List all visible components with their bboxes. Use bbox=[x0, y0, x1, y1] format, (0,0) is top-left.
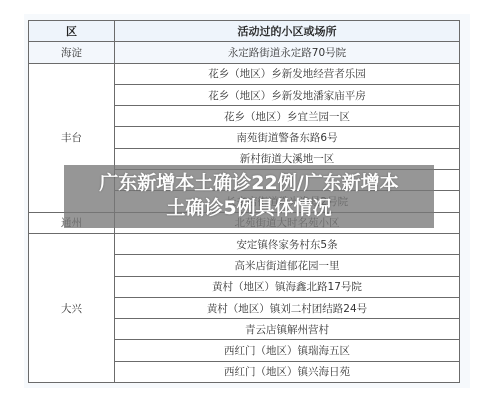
district-cell: 大兴 bbox=[29, 233, 115, 382]
place-cell: 高米店街道郁花园一里 bbox=[115, 255, 460, 276]
place-cell: 西红门（地区）镇兴海日苑 bbox=[115, 361, 460, 382]
place-cell: 花乡（地区）乡新发地经营者乐园 bbox=[115, 63, 460, 84]
place-cell: 南苑街道警备东路6号 bbox=[115, 127, 460, 148]
place-cell: 安定镇佟家务村东5条 bbox=[115, 233, 460, 254]
headline-line-1: 广东新增本土确诊22例/广东新增本 bbox=[64, 171, 434, 196]
table-row: 丰台 花乡（地区）乡新发地经营者乐园 bbox=[29, 63, 460, 84]
district-cell: 海淀 bbox=[29, 42, 115, 63]
table-header-row: 区 活动过的小区或场所 bbox=[29, 21, 460, 42]
place-cell: 青云店镇解州营村 bbox=[115, 319, 460, 340]
headline-line-2: 土确诊5例具体情况 bbox=[64, 196, 434, 221]
header-district: 区 bbox=[29, 21, 115, 42]
table-row: 海淀 永定路街道永定路70号院 bbox=[29, 42, 460, 63]
table-row: 大兴 安定镇佟家务村东5条 bbox=[29, 233, 460, 254]
header-places: 活动过的小区或场所 bbox=[115, 21, 460, 42]
place-cell: 西红门（地区）镇瑞海五区 bbox=[115, 340, 460, 361]
place-cell: 花乡（地区）乡宜兰园一区 bbox=[115, 106, 460, 127]
place-cell: 黄村（地区）镇刘二村团结路24号 bbox=[115, 297, 460, 318]
place-cell: 黄村（地区）镇海鑫北路17号院 bbox=[115, 276, 460, 297]
place-cell: 花乡（地区）乡新发地潘家庙平房 bbox=[115, 84, 460, 105]
headline-overlay: 广东新增本土确诊22例/广东新增本 土确诊5例具体情况 bbox=[64, 165, 434, 228]
place-cell: 永定路街道永定路70号院 bbox=[115, 42, 460, 63]
